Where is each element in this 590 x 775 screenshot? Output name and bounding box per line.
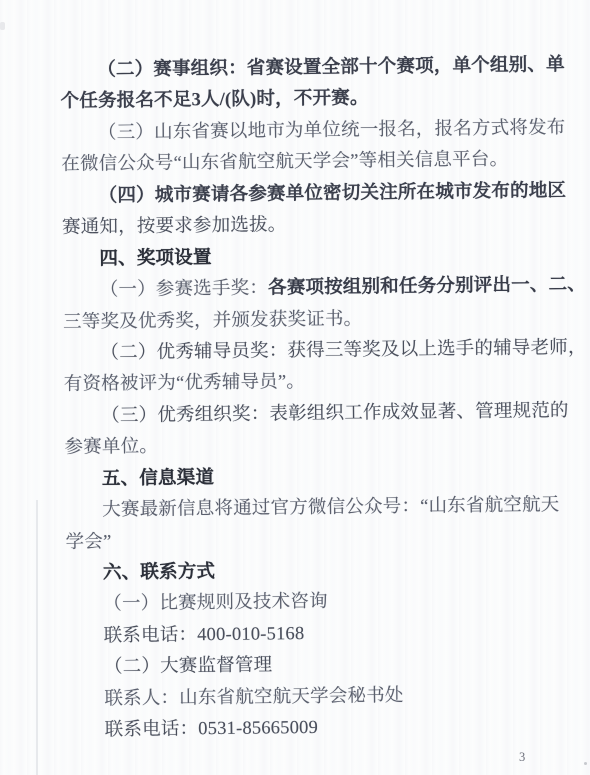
paragraph-line: （三）优秀组织奖：表彰组织工作成效显著、管理规范的 [64, 396, 550, 433]
paragraph-line-tail: 各赛项按组别和任务分别评出一、二、 [268, 275, 586, 299]
paragraph-line: 在微信公众号“山东省航空航天学会”等相关信息平台。 [61, 145, 547, 182]
scan-artifact-speck [0, 22, 5, 30]
paragraph-line: （二）赛事组织：省赛设置全部十个赛项，单个组别、单 [60, 50, 546, 87]
scan-fold-line [36, 500, 38, 775]
paragraph-line: （四）城市赛请各参赛单位密切关注所在城市发布的地区 [62, 176, 548, 213]
scan-artifact-speck [584, 762, 587, 765]
paragraph-line-lead: （一）参赛选手奖： [100, 278, 269, 300]
page-number: 3 [519, 750, 525, 765]
contact-phone-line: 联系电话：0531-85665009 [68, 710, 554, 747]
paragraph-line: （二）优秀辅导员奖：获得三等奖及以上选手的辅导老师， [63, 333, 549, 370]
document-page-body: （二）赛事组织：省赛设置全部十个赛项，单个组别、单 个任务报名不足3人/(队)时… [60, 50, 554, 747]
paragraph-line: 大赛最新信息将通过官方微信公众号：“山东省航空航天 [65, 490, 551, 527]
paragraph-line: （一）参赛选手奖：各赛项按组别和任务分别评出一、二、 [63, 270, 549, 307]
